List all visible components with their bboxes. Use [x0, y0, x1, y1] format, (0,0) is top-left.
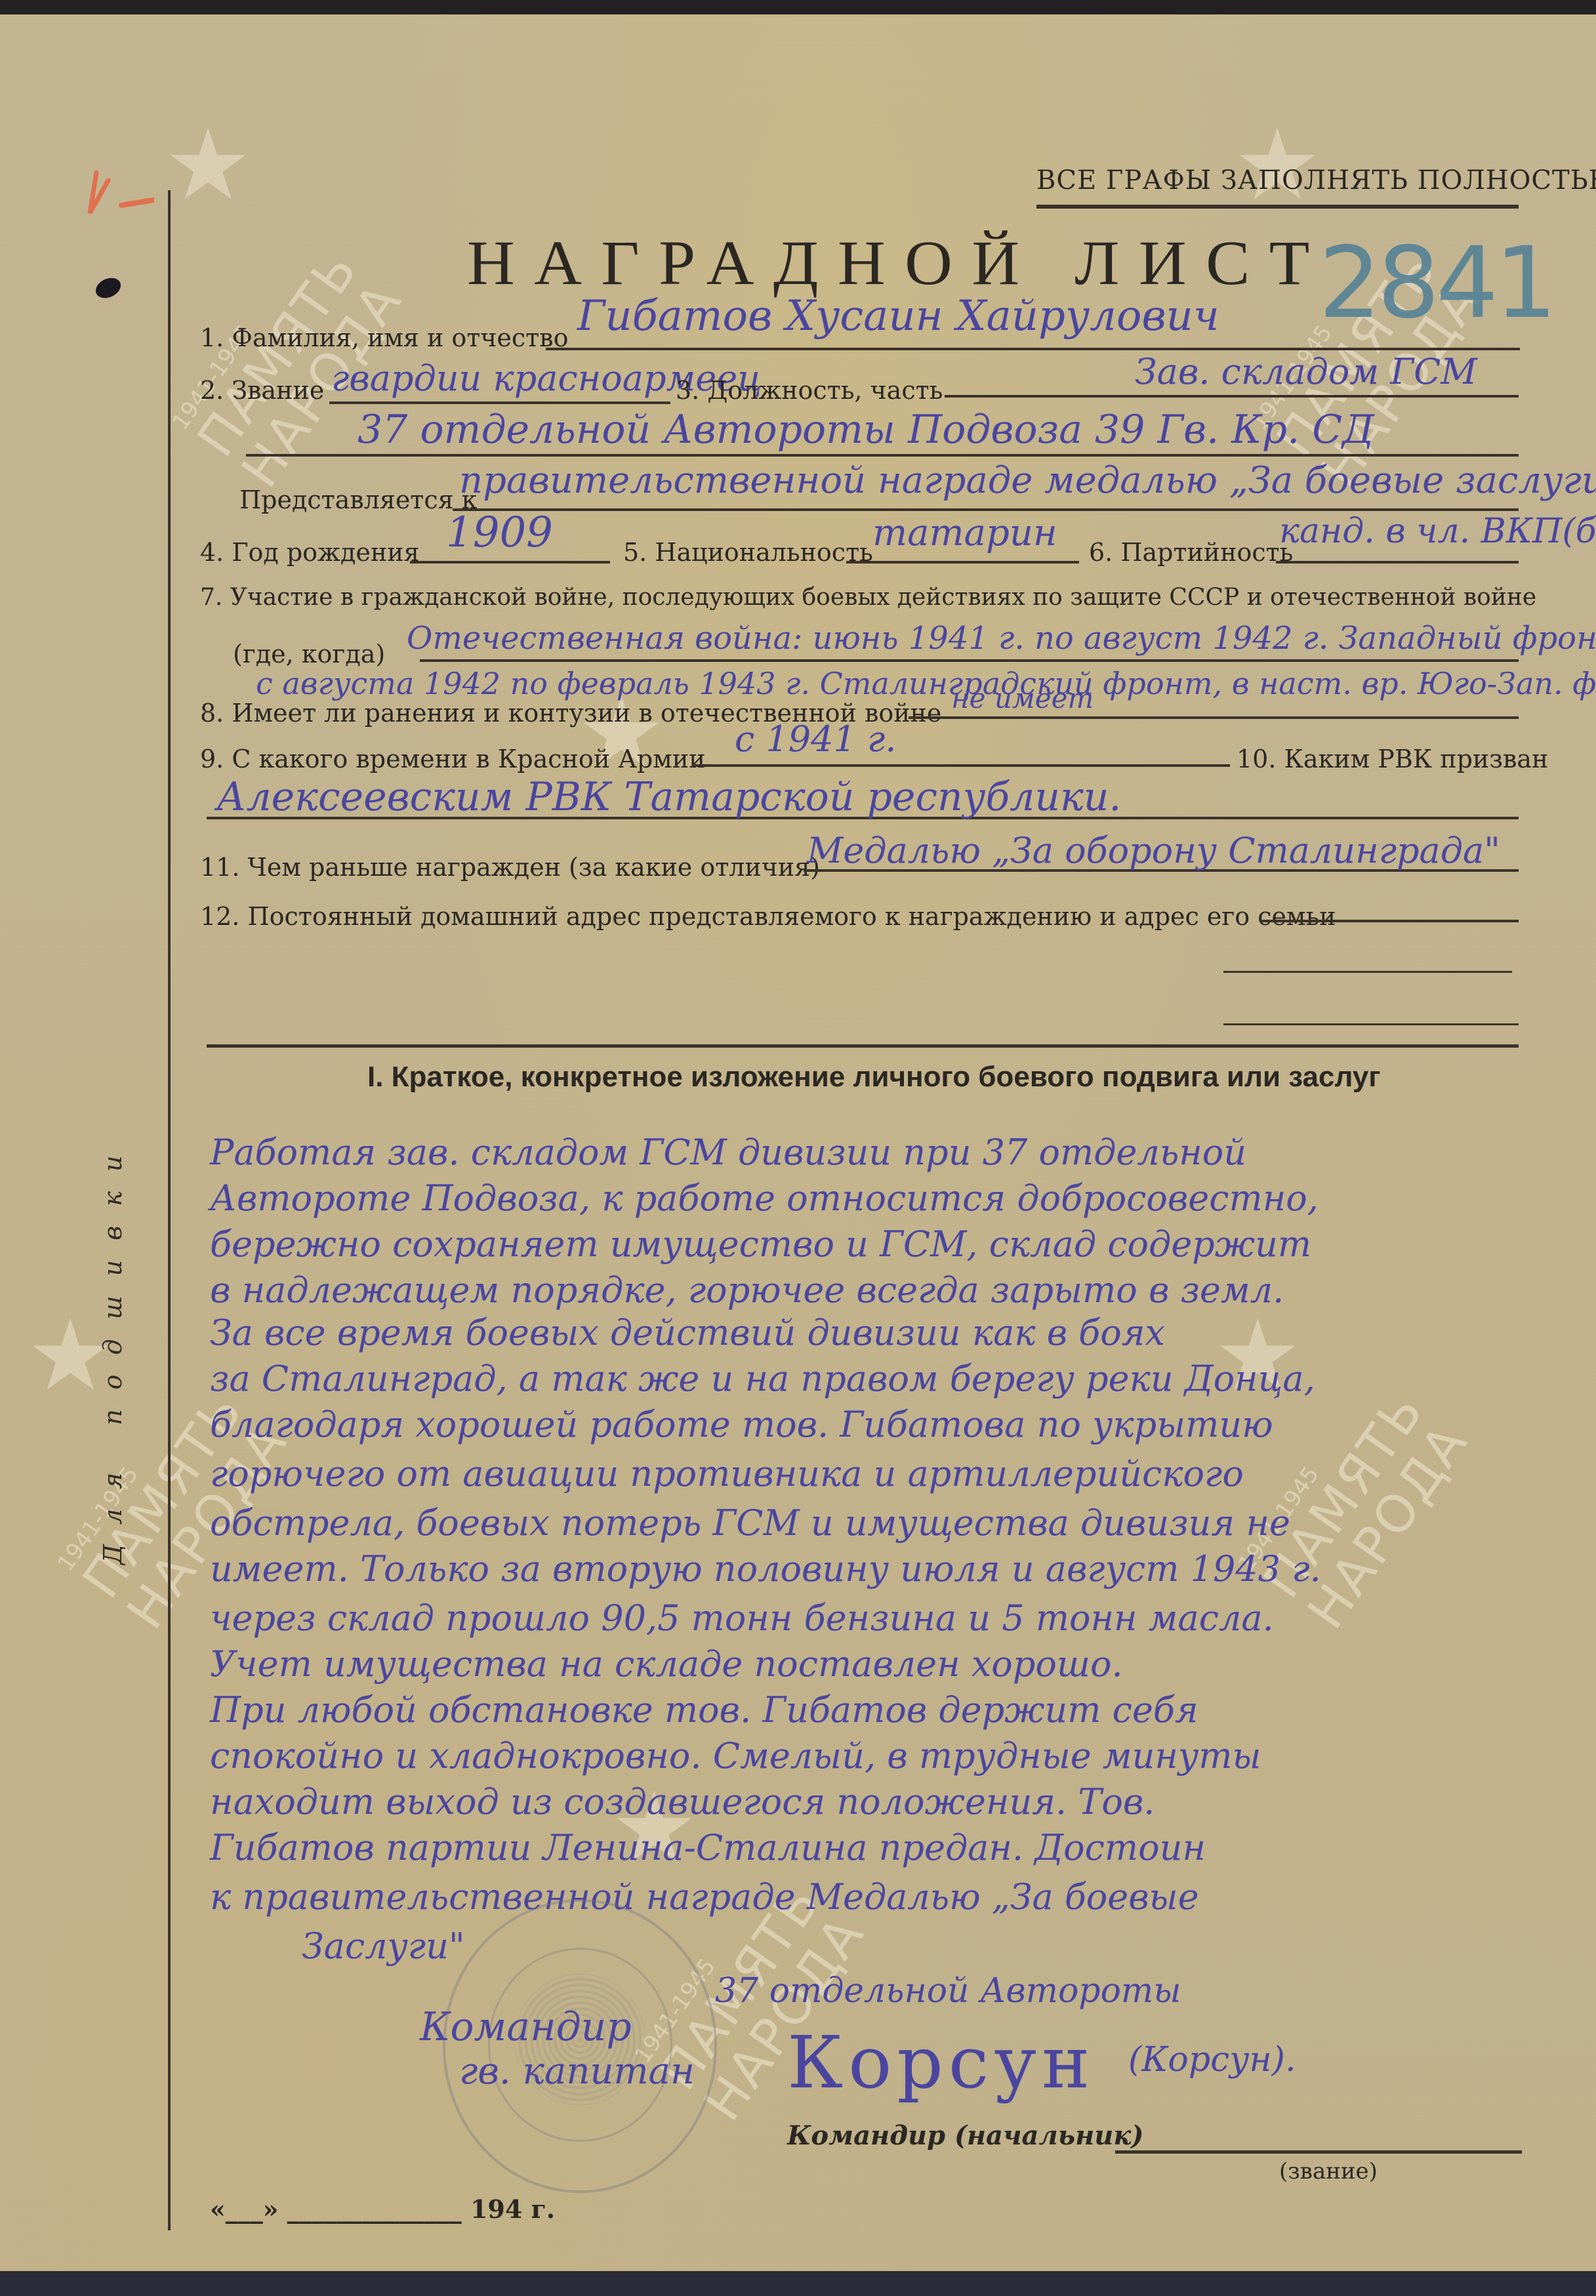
- field-3-value: Зав. складом ГСМ: [1135, 351, 1477, 392]
- field-3-value-continued: 37 отдельной Автороты Подвоза 39 Гв. Кр.…: [358, 407, 1374, 453]
- narrative-line: за Сталинград, а так же и на правом бере…: [210, 1358, 1315, 1399]
- field-3-label: 3. Должность, часть: [676, 376, 943, 405]
- narrative-line: бережно сохраняет имущество и ГСМ, склад…: [210, 1223, 1311, 1265]
- field-6-label: 6. Партийность: [1089, 538, 1293, 567]
- margin-label: Для подшивки: [98, 1136, 127, 1565]
- field-10-label: 10. Каким РВК призван: [1237, 745, 1548, 773]
- field-2-label: 2. Звание: [200, 376, 324, 405]
- field-12-line: [1223, 1023, 1519, 1025]
- narrative-line: имеет. Только за вторую половину июля и …: [210, 1548, 1321, 1589]
- field-6-value: канд. в чл. ВКП(б): [1279, 512, 1596, 551]
- narrative-line: спокойно и хладнокровно. Смелый, в трудн…: [210, 1735, 1261, 1776]
- field-3-line: [945, 395, 1519, 398]
- page-title: НАГРАДНОЙ ЛИСТ: [467, 226, 1329, 299]
- narrative-line: в надлежащем порядке, горючее всегда зар…: [210, 1269, 1284, 1311]
- field-4-line: [410, 561, 610, 564]
- field-11-label: 11. Чем раньше награжден (за какие отлич…: [200, 853, 820, 882]
- commander-label: Командир (начальник): [787, 2120, 1143, 2151]
- field-1-label: 1. Фамилия, имя и отчество: [200, 323, 568, 352]
- field-11-value: Медалью „За оборону Сталинграда": [807, 830, 1500, 871]
- field-5-value: татарин: [872, 512, 1057, 554]
- field-3-continuation-line: [246, 454, 1519, 457]
- field-7-value-line2: с августа 1942 по февраль 1943 г. Сталин…: [256, 666, 1596, 701]
- field-8-line: [909, 716, 1519, 719]
- section-heading: I. Краткое, конкретное изложение личного…: [367, 1061, 1381, 1094]
- field-5-label: 5. Национальность: [623, 538, 873, 567]
- narrative-line: обстрела, боевых потерь ГСМ и имущества …: [210, 1502, 1290, 1544]
- field-7-label: 7. Участие в гражданской войне, последую…: [200, 584, 1536, 611]
- field-1-value: Гибатов Хусаин Хайрулович: [577, 292, 1219, 340]
- narrative-line: благодаря хорошей работе тов. Гибатова п…: [210, 1404, 1273, 1445]
- field-12-label: 12. Постоянный домашний адрес представля…: [200, 902, 1336, 931]
- narrative-line: Автороте Подвоза, к работе относится доб…: [210, 1178, 1319, 1219]
- narrative-line: При любой обстановке тов. Гибатов держит…: [210, 1689, 1198, 1731]
- field-9-value: с 1941 г.: [735, 718, 896, 760]
- narrative-line: Заслуги": [302, 1925, 465, 1967]
- field-7-sublabel: (где, когда): [233, 640, 385, 668]
- section-divider: [207, 1044, 1519, 1048]
- narrative-line: За все время боевых действий дивизии как…: [210, 1312, 1165, 1353]
- signature-rank: гв. капитан: [459, 2050, 695, 2093]
- field-9-label: 9. С какого времени в Красной Армии: [200, 745, 705, 773]
- scan-edge-bottom: [0, 2271, 1596, 2296]
- commander-line: [1115, 2150, 1522, 2154]
- date-line: «___» ______________ 194 г.: [210, 2194, 555, 2224]
- field-5-line: [846, 561, 1079, 564]
- header-note-underline: [1036, 205, 1519, 209]
- presented-label: Представляется к: [239, 485, 477, 514]
- narrative-line: к правительственной награде Медалью „За …: [210, 1876, 1199, 1917]
- narrative-line: горючего от авиации противника и артилле…: [210, 1453, 1244, 1494]
- rank-caption: (звание): [1279, 2158, 1378, 2184]
- field-4-label: 4. Год рождения: [200, 538, 420, 567]
- presented-value: правительственной награде медалью „За бо…: [459, 459, 1596, 502]
- signature-commander: Командир: [420, 2004, 632, 2050]
- signature-unit: 37 отдельной Автороты: [715, 1971, 1181, 2011]
- narrative-line: Гибатов партии Ленина-Сталина предан. До…: [210, 1827, 1206, 1868]
- registration-number: 2841: [1319, 226, 1553, 340]
- field-7-line: [420, 659, 1519, 662]
- signature-name: (Корсун).: [1128, 2040, 1296, 2080]
- presented-line: [453, 508, 1519, 511]
- field-12-line: [1259, 920, 1519, 922]
- narrative-line: Учет имущества на складе поставлен хорош…: [210, 1643, 1123, 1685]
- field-12-line: [1223, 971, 1512, 973]
- field-4-value: 1909: [446, 508, 553, 557]
- field-8-value: не имеет: [951, 682, 1094, 714]
- scan-edge-top: [0, 0, 1596, 14]
- field-9-line: [692, 764, 1230, 767]
- field-2-line: [329, 401, 670, 404]
- field-7-value-line1: Отечественная война: июнь 1941 г. по авг…: [407, 620, 1596, 657]
- narrative-line: Работая зав. складом ГСМ дивизии при 37 …: [210, 1132, 1246, 1173]
- field-6-line: [1276, 561, 1519, 564]
- margin-rule: [168, 190, 171, 2230]
- red-check-mark-icon: [82, 167, 154, 220]
- narrative-line: находит выход из создавшегося положения.…: [210, 1781, 1155, 1822]
- field-10-value: Алексеевским РВК Татарской республики.: [216, 774, 1122, 820]
- signature: Корсун: [787, 2020, 1095, 2104]
- field-1-line: [546, 348, 1520, 350]
- header-note: ВСЕ ГРАФЫ ЗАПОЛНЯТЬ ПОЛНОСТЬЮ: [1036, 165, 1596, 195]
- narrative-line: через склад прошло 90,5 тонн бензина и 5…: [210, 1597, 1274, 1639]
